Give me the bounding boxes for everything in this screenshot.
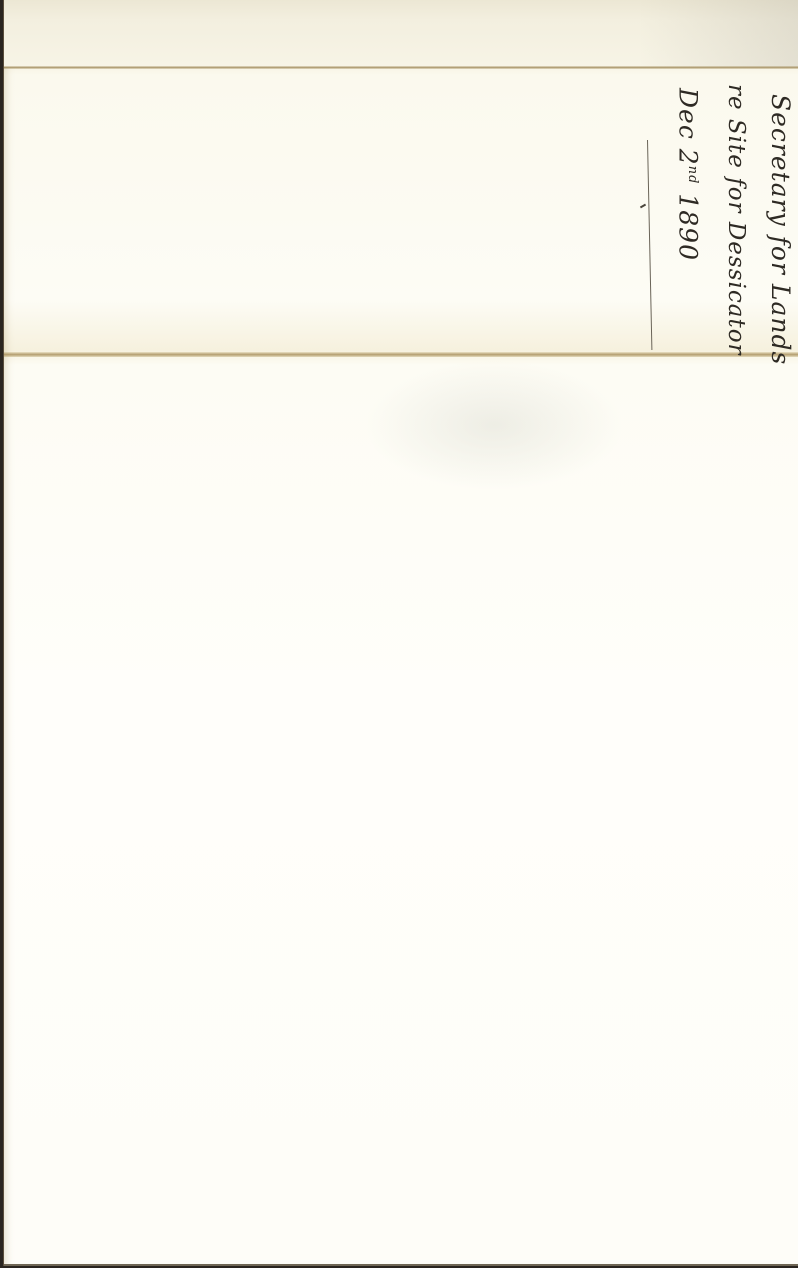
paper-bottom-edge xyxy=(4,1264,798,1266)
document-sheet: Secretary for Lands re Site for Dessicat… xyxy=(3,0,798,1266)
top-fold-panel xyxy=(4,0,798,67)
fold-line-top xyxy=(4,66,798,69)
docket-addressee: Secretary for Lands xyxy=(758,82,798,357)
docket-date-ordinal: nd xyxy=(685,166,700,185)
docket-date: Dec 2nd 1890 xyxy=(666,82,714,357)
docket-date-year: 1890 xyxy=(674,184,703,261)
docket-text: Secretary for Lands re Site for Dessicat… xyxy=(666,82,798,357)
paper-stain xyxy=(364,360,624,490)
docket-subject: re Site for Dessicator xyxy=(714,82,758,357)
docket-date-day: Dec 2 xyxy=(674,88,703,166)
docket-annotation: Secretary for Lands re Site for Dessicat… xyxy=(644,78,798,358)
